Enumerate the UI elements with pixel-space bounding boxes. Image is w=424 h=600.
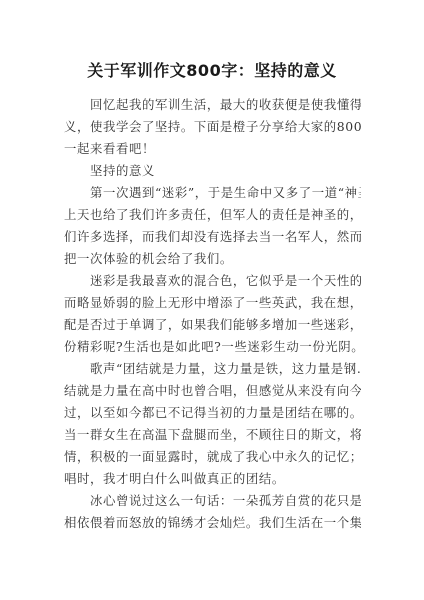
text-line: 把一次体验的机会给了我们。 [64,248,361,270]
text-line: 唱时，我才明白什么叫做真正的团结。 [64,468,361,490]
text-line: 相依偎着而怒放的锦绣才会灿烂。我们生活在一个集体里，唯有团 [64,512,361,534]
text-line: 配是否过于单调了，如果我们能够多增加一些迷彩，是否又会多一 [64,314,361,336]
text-line: 第一次遇到“迷彩”，于是生命中又多了一道“神圣”的色彩， [64,182,361,204]
text-line: 迷彩是我最喜欢的混合色，它似乎是一个天性的装扮师，平凡 [64,270,361,292]
text-line: 上天也给了我们许多责任，但军人的责任是神圣的，上天赋予了我 [64,204,361,226]
text-line: 情，积极的一面显露时，就成了我心中永久的记忆；当大家放声歌 [64,446,361,468]
text-line: 们许多选择，而我们却没有选择去当一名军人，然而上天却宽恕地 [64,226,361,248]
text-line: 回忆起我的军训生活，最大的收获便是使我懂得了坚持的意 [64,94,361,116]
paragraph-subtitle: 坚持的意义 [64,160,361,182]
text-line: 当一群女生在高温下盘腿而坐，不顾往日的斯文，将人的本性，热 [64,424,361,446]
document-body: 回忆起我的军训生活，最大的收获便是使我懂得了坚持的意 义，使我学会了坚持。下面是… [64,94,361,534]
text-line: 义，使我学会了坚持。下面是橙子分享给大家的800字军训作文， [64,116,361,138]
paragraph-bing-xin-quote: 冰心曾说过这么一句话：一朵孤芳自赏的花只是美丽，一片互 相依偎着而怒放的锦绣才会… [64,490,361,534]
paragraph-intro: 回忆起我的军训生活，最大的收获便是使我懂得了坚持的意 义，使我学会了坚持。下面是… [64,94,361,160]
text-line: 份精彩呢?生活也是如此吧?一些迷彩生动一份光阴。 [64,336,361,358]
text-line: 结就是力量在高中时也曾合唱，但感觉从来没有向今天这样响亮 [64,380,361,402]
document-title: 关于军训作文800字：坚持的意义 [0,60,424,82]
paragraph-camouflage: 迷彩是我最喜欢的混合色，它似乎是一个天性的装扮师，平凡 而略显娇弱的脸上无形中增… [64,270,361,358]
text-line: 过，以至如今都已不记得当初的力量是团结在哪的。然而在这里， [64,402,361,424]
text-line: 而略显娇弱的脸上无形中增添了一些英武，我在想，天蓝地绿的搭 [64,292,361,314]
text-line: 歌声“团结就是力量，这力量是铁，这力量是钢……”这首团 [64,358,361,380]
section-subtitle: 坚持的意义 [64,160,361,182]
text-line: 冰心曾说过这么一句话：一朵孤芳自赏的花只是美丽，一片互 [64,490,361,512]
paragraph-first-encounter: 第一次遇到“迷彩”，于是生命中又多了一道“神圣”的色彩， 上天也给了我们许多责任… [64,182,361,270]
text-line: 一起来看看吧！ [64,138,361,160]
document-page: 关于军训作文800字：坚持的意义 回忆起我的军训生活，最大的收获便是使我懂得了坚… [0,0,424,600]
paragraph-song-unity: 歌声“团结就是力量，这力量是铁，这力量是钢……”这首团 结就是力量在高中时也曾合… [64,358,361,490]
